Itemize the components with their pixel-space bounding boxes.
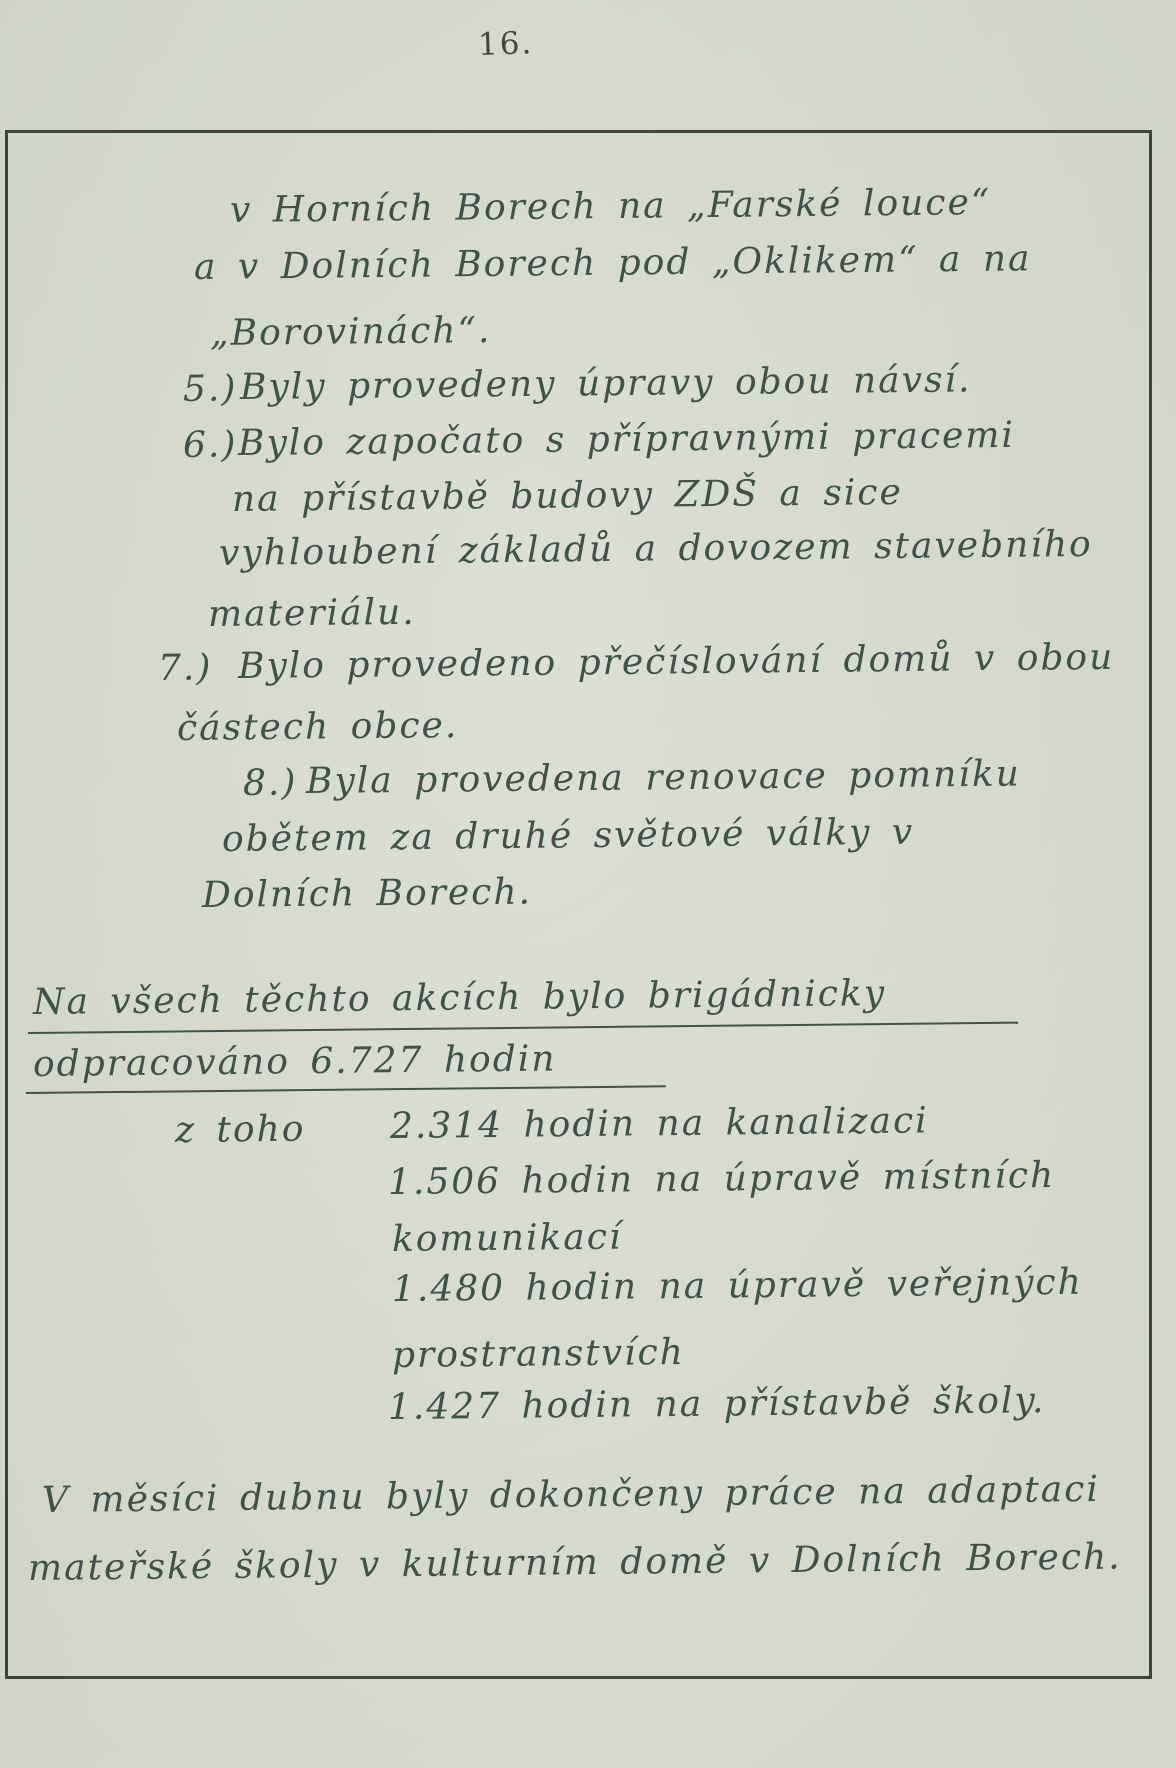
handwritten-line: materiálu. xyxy=(208,592,416,635)
handwritten-line: a v Dolních Borech pod „Oklikem“ a na xyxy=(194,238,1032,288)
chronicle-scanned-page: 16. v Horních Borech na „Farské louce“ a… xyxy=(0,0,1176,1768)
handwritten-line: v Horních Borech na „Farské louce“ xyxy=(230,182,992,231)
handwritten-line: Byly provedeny úpravy obou návsí. xyxy=(240,359,972,408)
breakdown-line: prostranstvích xyxy=(392,1332,685,1376)
handwritten-line: na přístavbě budovy ZDŠ a sice xyxy=(232,472,903,520)
breakdown-label: z toho xyxy=(175,1109,306,1151)
list-item-number: 6.) xyxy=(183,424,238,466)
handwritten-line: Byla provedena renovace pomníku xyxy=(306,754,1021,802)
handwritten-line: částech obce. xyxy=(177,705,459,749)
list-item-number: 5.) xyxy=(183,368,238,410)
handwritten-line: Bylo započato s přípravnými pracemi xyxy=(238,415,1015,464)
page-number: 16. xyxy=(477,25,534,63)
handwritten-line: Dolních Borech. xyxy=(202,872,532,916)
breakdown-line: 1.427 hodin na přístavbě školy. xyxy=(388,1380,1046,1428)
breakdown-line: 1.506 hodin na úpravě místních xyxy=(388,1155,1056,1203)
handwritten-line: obětem za druhé světové války v xyxy=(222,812,915,860)
breakdown-line: komunikací xyxy=(392,1217,623,1260)
handwritten-line: „Borovinách“. xyxy=(210,310,492,354)
breakdown-line: 1.480 hodin na úpravě veřejných xyxy=(392,1262,1083,1310)
summary-heading-line: odpracováno 6.727 hodin xyxy=(33,1039,557,1085)
list-item-number: 7.) xyxy=(158,647,213,689)
breakdown-line: 2.314 hodin na kanalizaci xyxy=(390,1100,929,1147)
page-border-frame xyxy=(5,130,1152,1679)
list-item-number: 8.) xyxy=(243,762,298,804)
